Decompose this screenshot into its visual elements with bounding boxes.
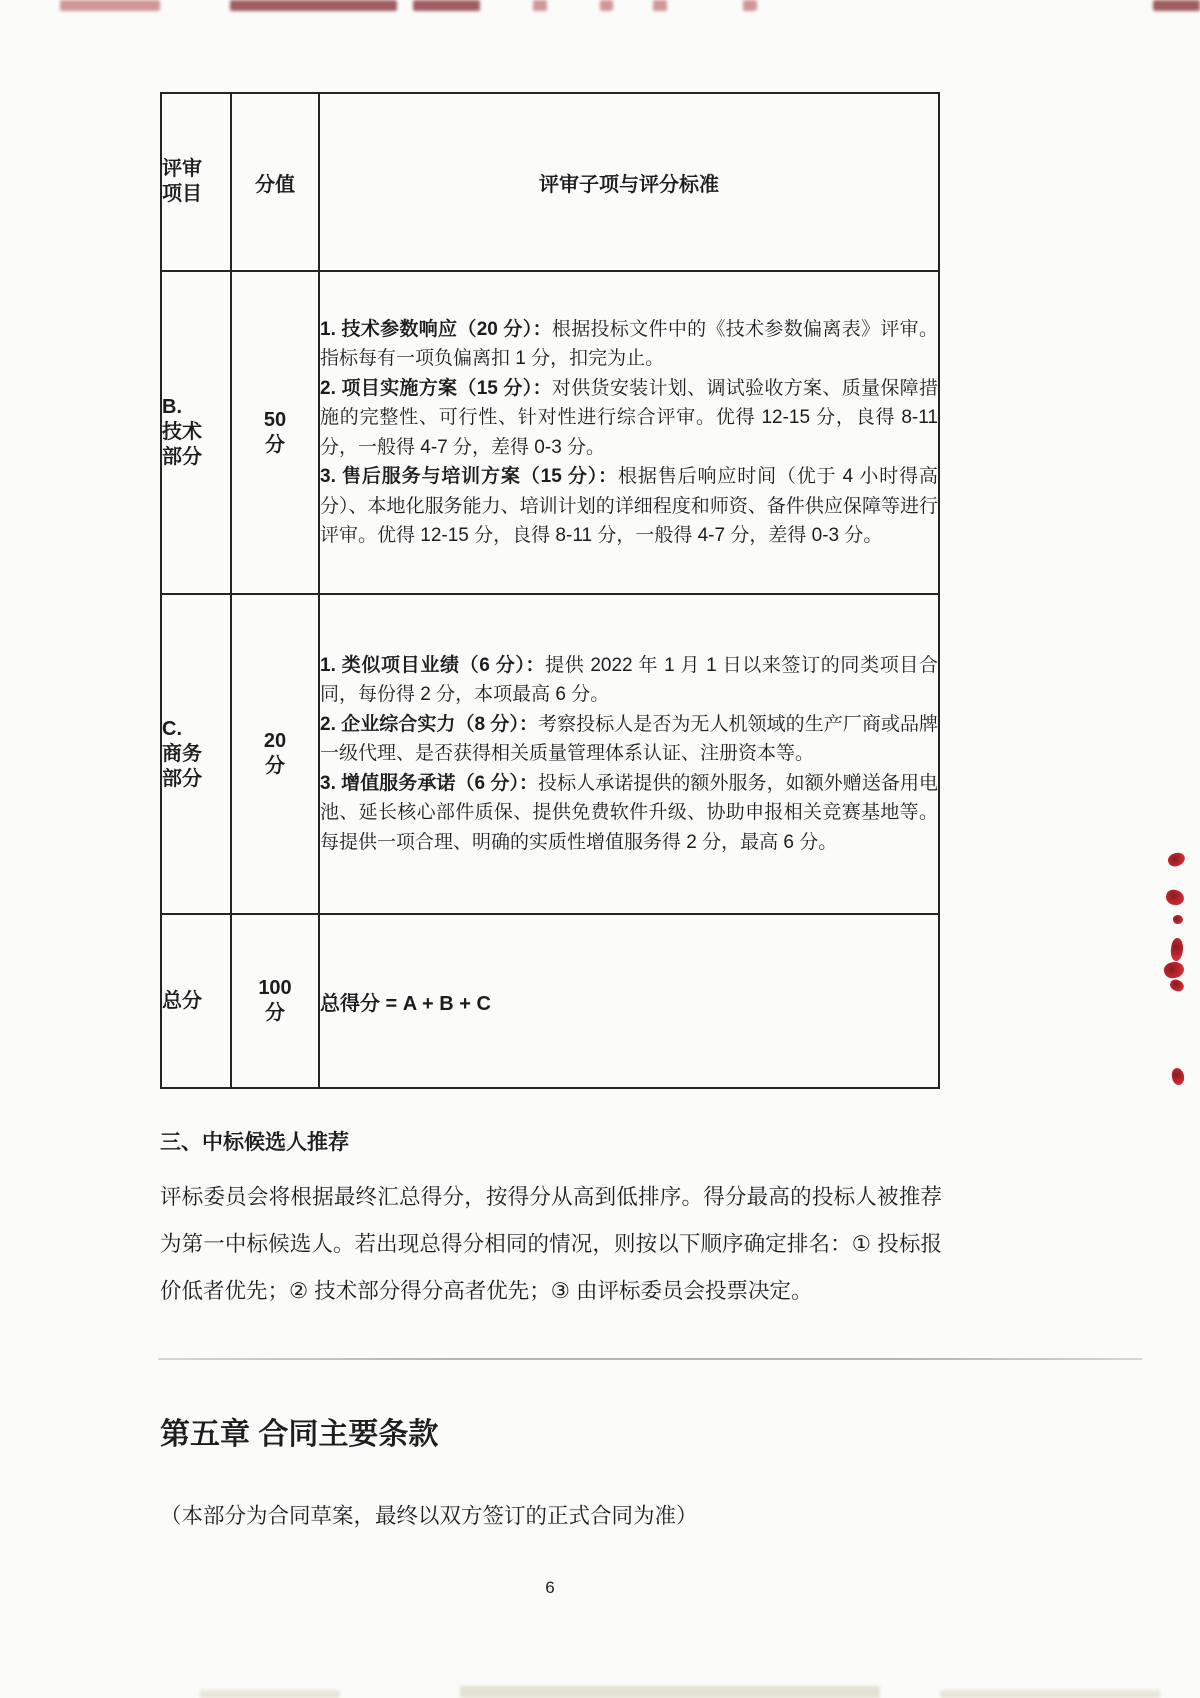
technical-score-value: 50 分 — [231, 271, 319, 594]
scan-artifact-top — [743, 0, 757, 11]
seal-fragment — [1166, 850, 1187, 869]
scanned-document-page: 评审 项目 分值 评审子项与评分标准 B. 技术 部分 50 分 1. 技术参数… — [0, 0, 1200, 1698]
criterion: 3. 售后服务与培训方案（15 分）：根据售后响应时间（优于 4 小时得高分）、… — [320, 462, 938, 551]
page-number: 6 — [160, 1578, 940, 1598]
scan-artifact-top — [653, 0, 667, 11]
table-row-technical: B. 技术 部分 50 分 1. 技术参数响应（20 分）：根据投标文件中的《技… — [161, 271, 939, 594]
total-item-label: 总分 — [161, 914, 231, 1088]
section-heading: 三、中标候选人推荐 — [160, 1128, 942, 1158]
scan-artifact-top — [600, 0, 613, 11]
header-score: 分值 — [231, 93, 319, 271]
scan-artifact-top — [413, 0, 480, 11]
scan-artifact-bottom — [200, 1690, 340, 1698]
criterion: 1. 类似项目业绩（6 分）：提供 2022 年 1 月 1 日以来签订的同类项… — [320, 651, 938, 710]
header-review-item: 评审 项目 — [161, 93, 231, 271]
seal-fragment — [1170, 937, 1184, 961]
criterion: 1. 技术参数响应（20 分）：根据投标文件中的《技术参数偏离表》评审。指标每有… — [320, 315, 938, 374]
criterion: 2. 企业综合实力（8 分）：考察投标人是否为无人机领域的生产厂商或品牌一级代理… — [320, 710, 938, 769]
commercial-criteria-cell: 1. 类似项目业绩（6 分）：提供 2022 年 1 月 1 日以来签订的同类项… — [319, 594, 939, 914]
criterion: 2. 项目实施方案（15 分）：对供货安装计划、调试验收方案、质量保障措施的完整… — [320, 374, 938, 463]
scan-artifact-bottom — [940, 1690, 1160, 1698]
scan-artifact-top — [230, 0, 397, 11]
scan-artifact-top — [60, 0, 160, 11]
scan-artifact-bottom — [460, 1686, 880, 1698]
seal-fragment — [1169, 978, 1186, 993]
horizontal-divider — [158, 1358, 1142, 1360]
chapter-note: （本部分为合同草案，最终以双方签订的正式合同为准） — [160, 1500, 698, 1532]
table-header-row: 评审 项目 分值 评审子项与评分标准 — [161, 93, 939, 271]
seal-fragment — [1162, 960, 1185, 980]
commercial-item-label: C. 商务 部分 — [161, 594, 231, 914]
technical-criteria-cell: 1. 技术参数响应（20 分）：根据投标文件中的《技术参数偏离表》评审。指标每有… — [319, 271, 939, 594]
scan-artifact-top — [1153, 0, 1200, 11]
table-row-total: 总分 100 分 总得分 = A + B + C — [161, 914, 939, 1088]
criterion: 3. 增值服务承诺（6 分）：投标人承诺提供的额外服务，如额外赠送备用电池、延长… — [320, 769, 938, 858]
commercial-score-value: 20 分 — [231, 594, 319, 914]
table-row-commercial: C. 商务 部分 20 分 1. 类似项目业绩（6 分）：提供 2022 年 1… — [161, 594, 939, 914]
section-candidate-recommendation: 三、中标候选人推荐 评标委员会将根据最终汇总得分，按得分从高到低排序。得分最高的… — [160, 1128, 942, 1315]
scan-artifact-top — [533, 0, 547, 11]
seal-fragment — [1171, 1067, 1185, 1086]
technical-item-label: B. 技术 部分 — [161, 271, 231, 594]
header-criteria: 评审子项与评分标准 — [319, 93, 939, 271]
chapter-heading: 第五章 合同主要条款 — [160, 1415, 438, 1455]
total-score-value: 100 分 — [231, 914, 319, 1088]
seal-fragment — [1165, 888, 1186, 906]
seal-fragment — [1172, 914, 1183, 925]
evaluation-criteria-table: 评审 项目 分值 评审子项与评分标准 B. 技术 部分 50 分 1. 技术参数… — [160, 92, 940, 1089]
section-body-text: 评标委员会将根据最终汇总得分，按得分从高到低排序。得分最高的投标人被推荐为第一中… — [160, 1174, 942, 1315]
total-formula: 总得分 = A + B + C — [319, 914, 939, 1088]
